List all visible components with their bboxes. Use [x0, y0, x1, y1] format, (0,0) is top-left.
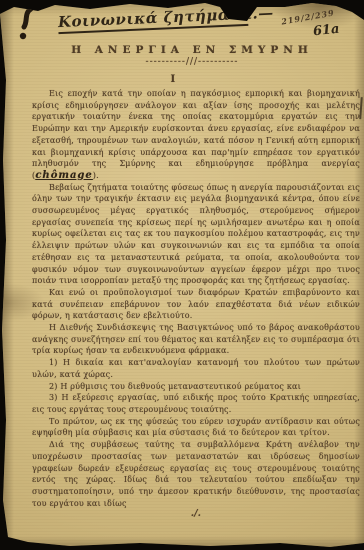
- paragraph-opening-text: Εις εποχήν κατά την οποίαν η παγκόσμιος …: [32, 89, 360, 180]
- body-text: Εις εποχήν κατά την οποίαν η παγκόσμιος …: [32, 88, 360, 521]
- paragraph: Η Διεθνής Συνδιάσκεψις της Βασιγκτώνος υ…: [32, 322, 360, 357]
- paragraph-opening: Εις εποχήν κατά την οποίαν η παγκόσμιος …: [32, 88, 360, 182]
- paragraph: Και ενώ οι προϋπολογισμοί των διαφόρων Κ…: [32, 287, 360, 322]
- ink-blot-mark: [16, 6, 38, 46]
- paper: Κοινωνικά ζητήματα.— 219/2/239 61a Η ΑΝΕ…: [0, 0, 364, 550]
- paragraph: Διά της συμβάσεως ταύτης τα συμβαλλόμενα…: [32, 439, 360, 509]
- photo-background: Κοινωνικά ζητήματα.— 219/2/239 61a Η ΑΝΕ…: [0, 0, 364, 550]
- remedy-item: 1) Η δικαία και κατ'αναλογίαν κατανομή τ…: [32, 357, 360, 380]
- section-numeral: I: [0, 74, 346, 85]
- paragraph: Το πρώτον, ως εκ της φύσεώς του εύρεν ισ…: [32, 416, 360, 439]
- handwritten-topic-heading: Κοινωνικά ζητήματα.—: [58, 5, 249, 34]
- title-divider: ----------///----------: [30, 57, 354, 67]
- remedy-item: 3) Η εξεύρεσις εργασίας, υπό ειδικής προ…: [32, 392, 360, 415]
- paragraph: Βεβαίως ζητήματα τοιαύτης φύσεως όπως η …: [32, 182, 360, 287]
- document-title: Η ΑΝΕΡΓΙΑ ΕΝ ΣΜΥΡΝΗ: [30, 44, 354, 56]
- remedy-item: 2) Η ρύθμισις του διεθνούς μεταναστευτικ…: [32, 381, 360, 393]
- paragraph-opening-close: ).: [93, 171, 99, 180]
- handwritten-term: chômage: [35, 170, 92, 181]
- continuation-mark: ./.: [32, 509, 360, 521]
- folio-number: 61a: [312, 22, 340, 40]
